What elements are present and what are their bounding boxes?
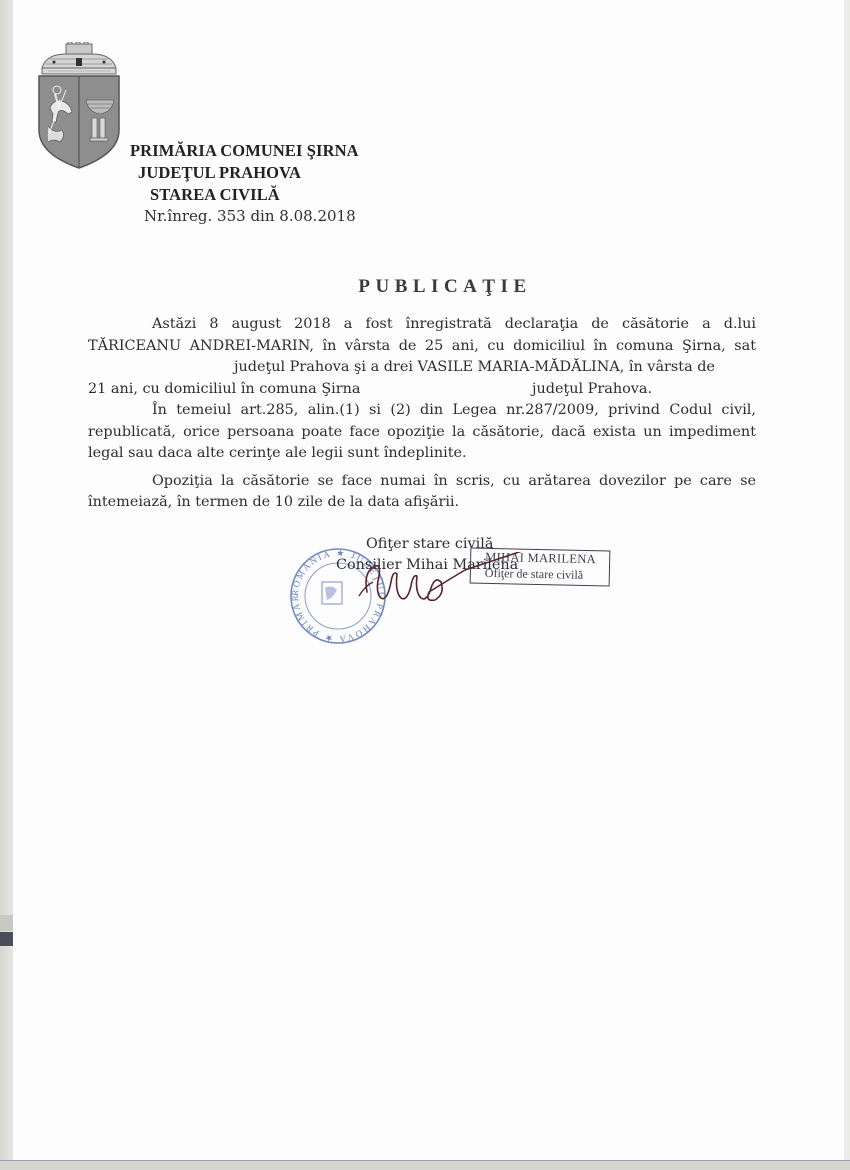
- text-line: legal sau daca alte cerinţe ale legii su…: [88, 443, 756, 465]
- text-line: Opoziţia la căsătorie se face numai în s…: [88, 471, 756, 493]
- registration-number: Nr.înreg. 353 din 8.08.2018: [130, 206, 359, 226]
- handwritten-signature-icon: [355, 552, 615, 612]
- institution-name: PRIMĂRIA COMUNEI ŞIRNA: [130, 140, 359, 162]
- document-header: PRIMĂRIA COMUNEI ŞIRNA JUDEŢUL PRAHOVA S…: [130, 140, 359, 226]
- text-line: judeţul Prahova şi a drei VASILE MARIA-M…: [88, 357, 756, 379]
- text-line: întemeiază, în termen de 10 zile de la d…: [88, 492, 756, 514]
- paragraph-opposition: Opoziţia la căsătorie se face numai în s…: [88, 471, 756, 514]
- scan-left-edge: [0, 0, 13, 1160]
- scan-edge-band: [0, 915, 13, 931]
- county-name: JUDEŢUL PRAHOVA: [130, 162, 359, 184]
- paragraph-declaration: Astăzi 8 august 2018 a fost înregistrată…: [88, 314, 756, 400]
- coat-of-arms-icon: [36, 42, 122, 170]
- text-line: Astăzi 8 august 2018 a fost înregistrată…: [88, 314, 756, 336]
- document-title: PUBLICAŢIE: [0, 276, 850, 298]
- text-line: TĂRICEANU ANDREI-MARIN, în vârsta de 25 …: [88, 336, 756, 358]
- text-line: 21 ani, cu domiciliul în comuna Şirna ju…: [88, 379, 756, 401]
- paragraph-legal-basis: În temeiul art.285, alin.(1) si (2) din …: [88, 400, 756, 465]
- scan-right-edge: [844, 0, 850, 1170]
- text-line: republicată, orice persoana poate face o…: [88, 422, 756, 444]
- document-body: Astăzi 8 august 2018 a fost înregistrată…: [88, 314, 756, 514]
- text-line: În temeiul art.285, alin.(1) si (2) din …: [88, 400, 756, 422]
- department-name: STAREA CIVILĂ: [130, 184, 359, 206]
- scan-edge-mark: [0, 932, 13, 946]
- scan-bottom-edge: [0, 1160, 850, 1170]
